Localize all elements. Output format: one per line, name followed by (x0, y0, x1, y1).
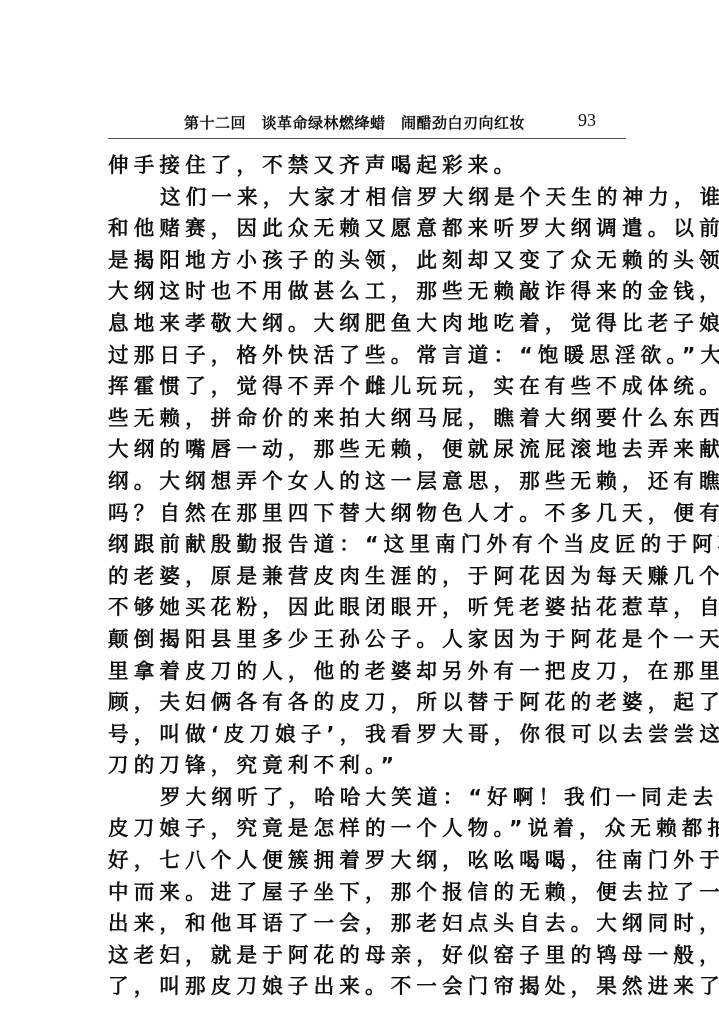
text-line: 挥霍惯了，觉得不弄个雌儿玩玩，实在有些不成体统。可巧那 (108, 371, 628, 403)
page-number: 93 (578, 110, 596, 131)
text-line: 是揭阳地方小孩子的头领，此刻却又变了众无赖的头领了。罗 (108, 245, 628, 277)
text-line: 的老婆，原是兼营皮肉生涯的，于阿花因为每天赚几个钱，还 (108, 561, 628, 593)
text-line: 纲跟前献殷勤报告道：“这里南门外有个当皮匠的于阿花，他 (108, 529, 628, 561)
text-line: 和他赌赛，因此众无赖又愿意都来听罗大纲调遣。以前罗大纲 (108, 213, 628, 245)
text-line: 顾，夫妇俩各有各的皮刀，所以替于阿花的老婆，起了一个诨 (108, 687, 628, 719)
text-line: 罗大纲听了，哈哈大笑道：“好啊！我们一同走去瞧瞧这 (108, 782, 628, 814)
text-line: 息地来孝敬大纲。大纲肥鱼大肉地吃着，觉得比老子娘在日， (108, 308, 628, 340)
text-line: 里拿着皮刀的人，他的老婆却另外有一把皮刀，在那里供应主 (108, 656, 628, 688)
text-line: 吗？自然在那里四下替大纲物色人才。不多几天，便有人来大 (108, 498, 628, 530)
text-line: 好，七八个人便簇拥着罗大纲，吆吆喝喝，往南门外于阿花家 (108, 845, 628, 877)
text-line: 皮刀娘子，究竟是怎样的一个人物。”说着，众无赖都拍手叫 (108, 813, 628, 845)
text-line: 中而来。进了屋子坐下，那个报信的无赖，便去拉了一个老妇 (108, 877, 628, 909)
text-line: 了，叫那皮刀娘子出来。不一会门帘揭处，果然进来了一位袅 (108, 971, 628, 1003)
header-rule (108, 138, 626, 139)
text-line: 伸手接住了，不禁又齐声喝起彩来。 (108, 150, 628, 182)
running-title: 第十二回 谈革命绿林燃绛蜡 闹醋劲白刃向红妆 (184, 112, 525, 133)
text-line: 出来，和他耳语了一会，那老妇点头自去。大纲同时，才知道 (108, 908, 628, 940)
body-text: 伸手接住了，不禁又齐声喝起彩来。 这们一来，大家才相信罗大纲是个天生的神力，谁也… (108, 150, 628, 1003)
text-line: 这们一来，大家才相信罗大纲是个天生的神力，谁也不能 (108, 182, 628, 214)
text-line: 刀的刀锋，究竟利不利。” (108, 750, 628, 782)
text-line: 号，叫做‘皮刀娘子’，我看罗大哥，你很可以去尝尝这把皮 (108, 719, 628, 751)
text-line: 过那日子，格外快活了些。常言道：“饱暖思淫欲。”大纲这们 (108, 340, 628, 372)
text-line: 纲。大纲想弄个女人的这一层意思，那些无赖，还有瞧不出的 (108, 466, 628, 498)
page-header: 第十二回 谈革命绿林燃绛蜡 闹醋劲白刃向红妆 93 (108, 108, 626, 138)
text-line: 颠倒揭阳县里多少王孙公子。人家因为于阿花是个一天到晚手 (108, 624, 628, 656)
text-line: 大纲这时也不用做甚么工，那些无赖敲诈得来的金钱，川流不 (108, 276, 628, 308)
text-line: 大纲的嘴唇一动，那些无赖，便就尿流屁滚地去弄来献给大 (108, 434, 628, 466)
text-line: 不够她买花粉，因此眼闭眼开，听凭老婆拈花惹草，自己也知 (108, 592, 628, 624)
text-line: 这老妇，就是于阿花的母亲，好似窑子里的鸨母一般，和他说 (108, 940, 628, 972)
text-line: 些无赖，拼命价的来拍大纲马屁，瞧着大纲要什么东西，只要 (108, 403, 628, 435)
